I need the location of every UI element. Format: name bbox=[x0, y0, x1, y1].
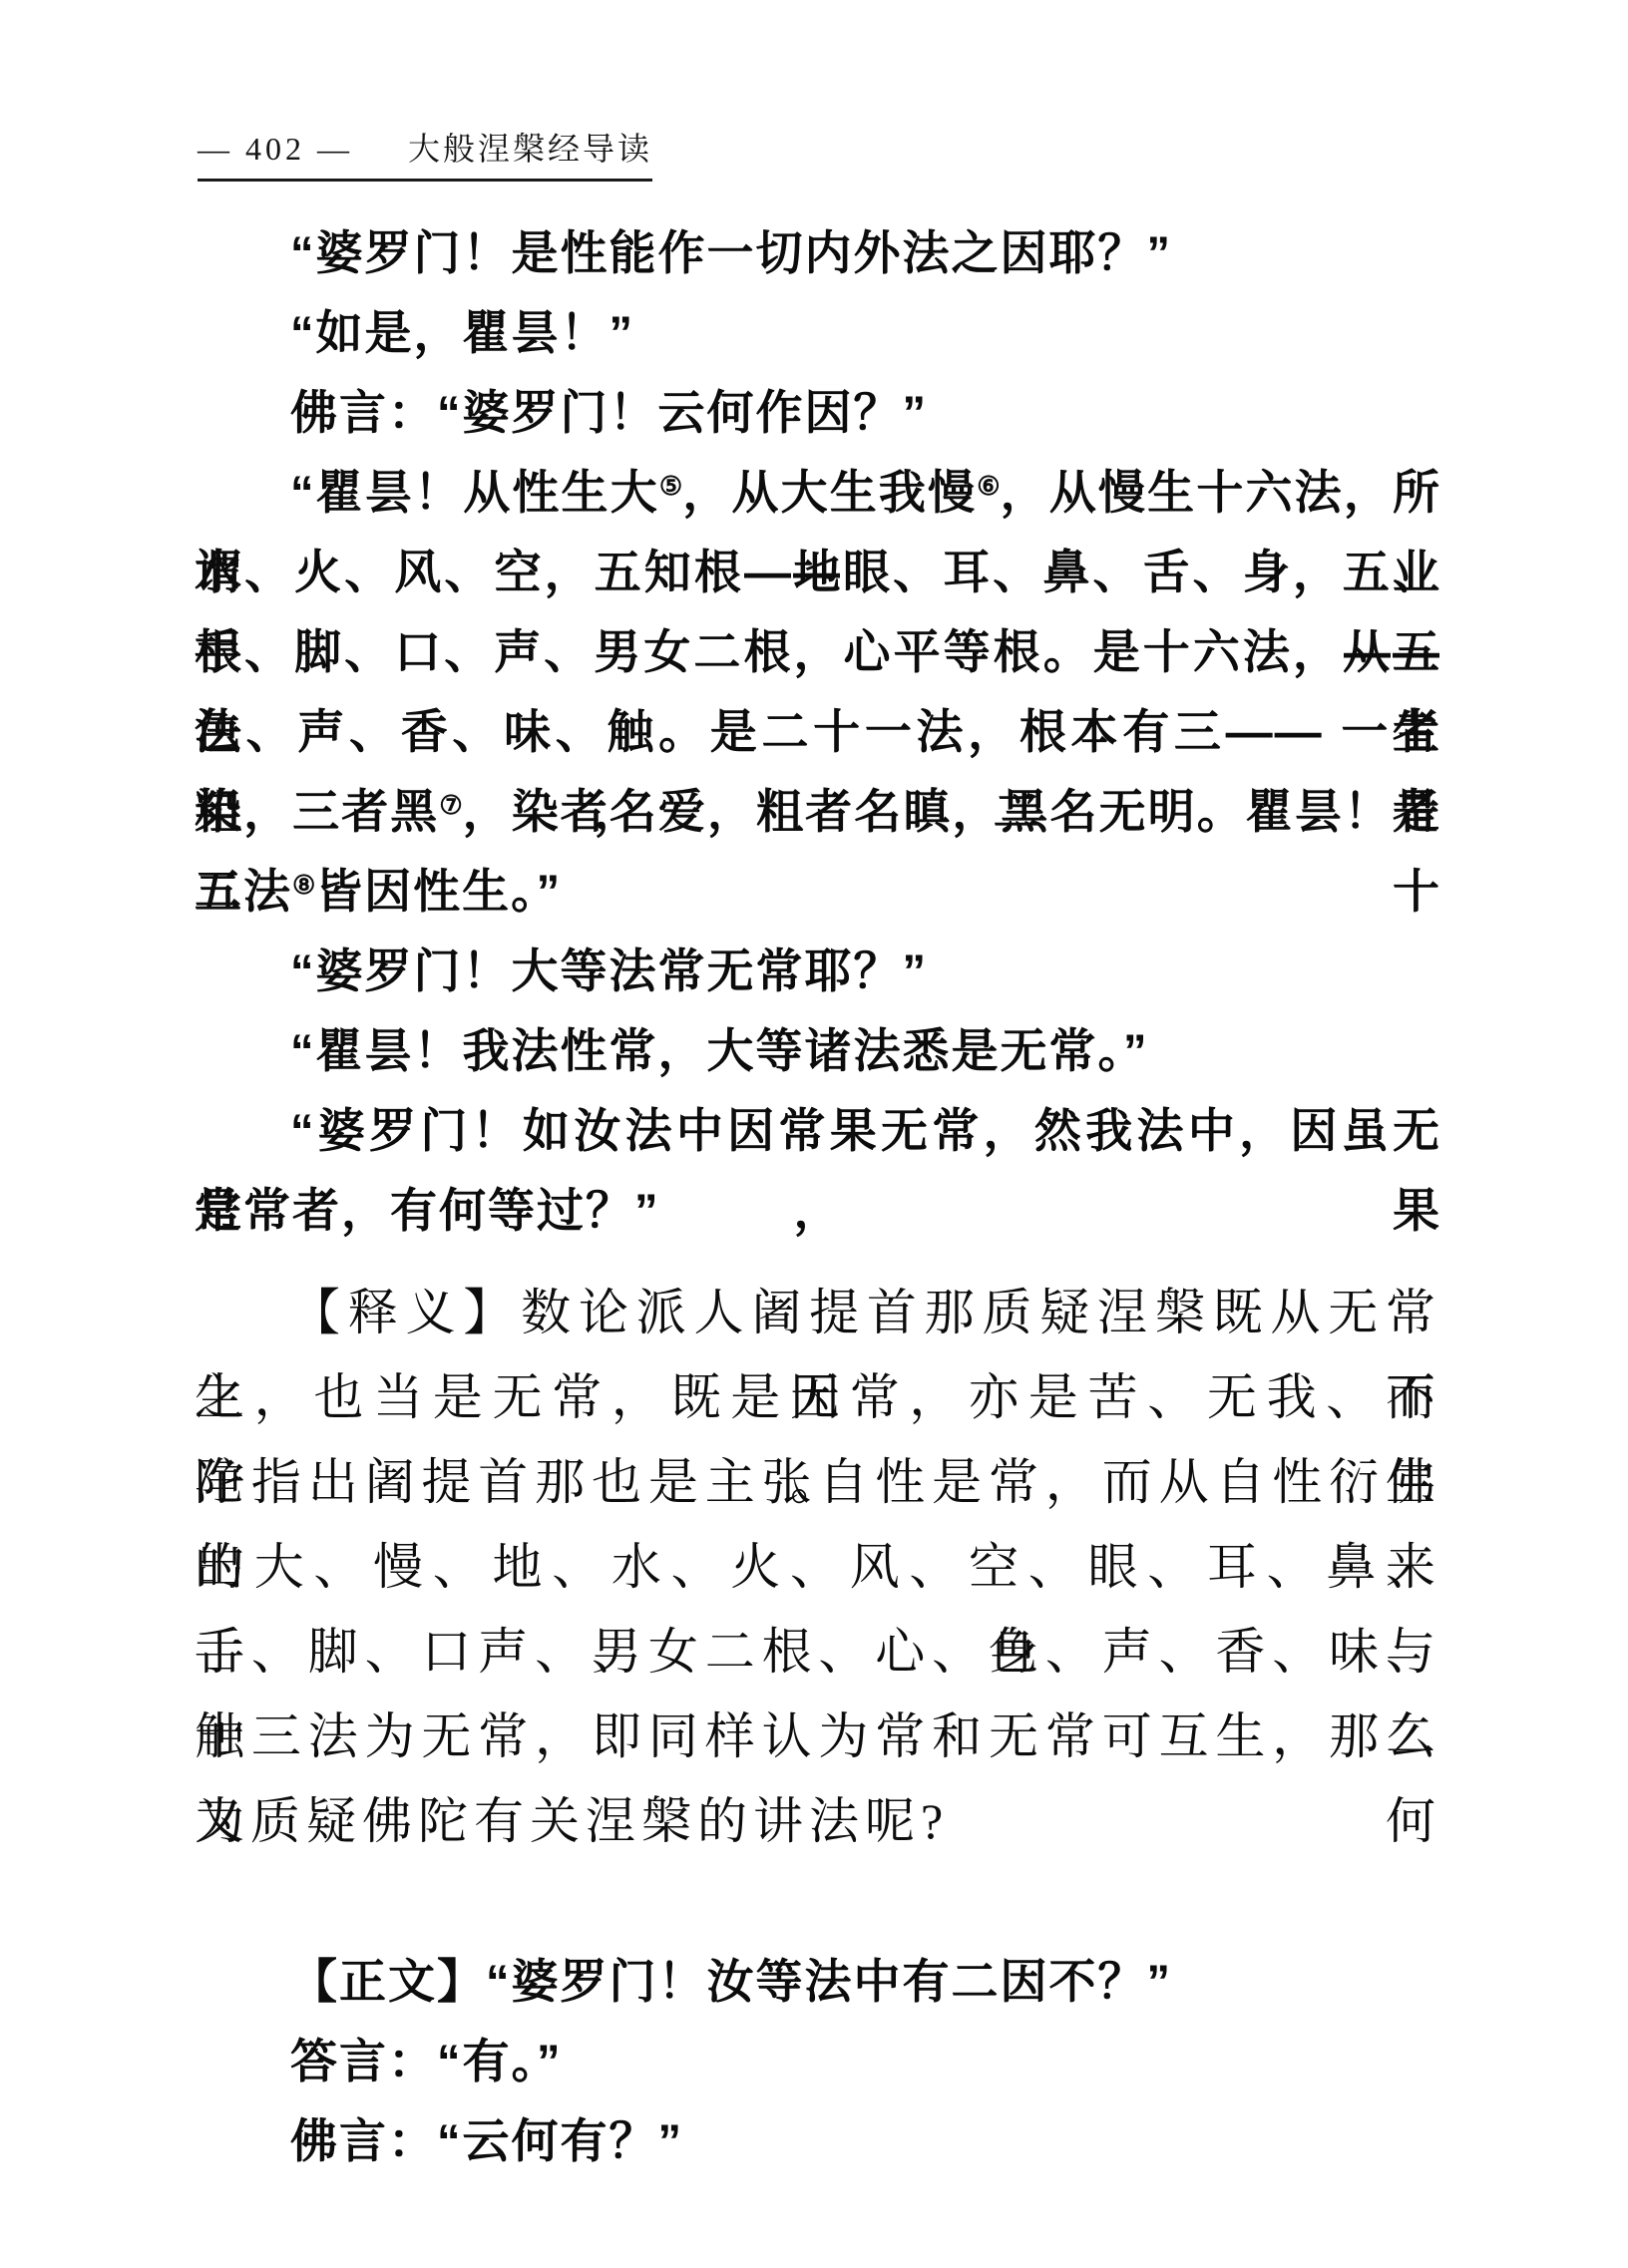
text-line: “婆罗门！如汝法中因常果无常，然我法中，因虽无常，果 bbox=[195, 1091, 1441, 1171]
text-line: 色、声、香、味、触。是二十一法，根本有三—— 一者染，二者 bbox=[195, 692, 1441, 772]
text-line: 的大、慢、地、水、火、风、空、眼、耳、鼻、舌、身、 bbox=[195, 1525, 1441, 1610]
text-line: “瞿昙！从性生大⑤，从大生我慢⑥，从慢生十六法，所谓地、 bbox=[195, 453, 1441, 533]
footnote-marker: ⑦ bbox=[439, 792, 462, 820]
book-page: — 402 — 大般涅槃经导读 “婆罗门！是性能作一切内外法之因耶？”“如是，瞿… bbox=[0, 0, 1628, 2268]
text-line: “瞿昙！我法性常，大等诸法悉是无常。” bbox=[195, 1011, 1441, 1091]
text-line: 粗，三者黑⑦，染者名爱，粗者名瞋，黑名无明。瞿昙！是二十 bbox=[195, 772, 1441, 852]
text-line: 十三法为无常，即同样认为常和无常可互生，那么为何 bbox=[195, 1695, 1441, 1779]
main-text-paragraph: 【正文】“婆罗门！汝等法中有二因不？” bbox=[195, 1942, 1441, 2022]
main-text-paragraph: 佛言：“云何有？” bbox=[195, 2101, 1441, 2181]
scripture-paragraph: 佛言：“婆罗门！云何作因？” bbox=[195, 373, 1441, 453]
text-line: “如是，瞿昙！” bbox=[195, 293, 1441, 373]
text-line: “婆罗门！大等法常无常耶？” bbox=[195, 932, 1441, 1011]
text-line: 【释义】数论派人阇提首那质疑涅槃既从无常之因而 bbox=[195, 1271, 1441, 1355]
text-line: 陀指出阇提首那也是主张自性是常，而从自性衍生出来 bbox=[195, 1440, 1441, 1525]
scripture-paragraph: “婆罗门！如汝法中因常果无常，然我法中，因虽无常，果是常者，有何等过？” bbox=[195, 1091, 1441, 1251]
text-line: “婆罗门！是性能作一切内外法之因耶？” bbox=[195, 213, 1441, 293]
scripture-paragraph: “瞿昙！从性生大⑤，从大生我慢⑥，从慢生十六法，所谓地、水、火、风、空，五知根—… bbox=[195, 453, 1441, 932]
text-line: 生，也当是无常，既是无常，亦是苦、无我、不净。佛 bbox=[195, 1355, 1441, 1440]
book-title: 大般涅槃经导读 bbox=[408, 124, 652, 170]
text-line: 手、脚、口、声、男女二根，心平等根。是十六法，从五法生 bbox=[195, 612, 1441, 692]
page-body: “婆罗门！是性能作一切内外法之因耶？”“如是，瞿昙！”佛言：“婆罗门！云何作因？… bbox=[195, 213, 1441, 2181]
text-line: 答言：“有。” bbox=[195, 2022, 1441, 2101]
footnote-marker: ⑧ bbox=[292, 872, 315, 900]
text-line: 佛言：“婆罗门！云何作因？” bbox=[195, 373, 1441, 453]
scripture-paragraph: “如是，瞿昙！” bbox=[195, 293, 1441, 373]
main-text-paragraph: 答言：“有。” bbox=[195, 2022, 1441, 2101]
scripture-paragraph: “婆罗门！大等法常无常耶？” bbox=[195, 932, 1441, 1011]
commentary-paragraph: 【释义】数论派人阇提首那质疑涅槃既从无常之因而生，也当是无常，既是无常，亦是苦、… bbox=[195, 1271, 1441, 1864]
page-header: — 402 — 大般涅槃经导读 bbox=[198, 124, 652, 182]
scripture-paragraph: “瞿昙！我法性常，大等诸法悉是无常。” bbox=[195, 1011, 1441, 1091]
text-line: 水、火、风、空，五知根——眼、耳、鼻、舌、身，五业根—— bbox=[195, 533, 1441, 612]
text-line: 【正文】“婆罗门！汝等法中有二因不？” bbox=[195, 1942, 1441, 2022]
footnote-marker: ⑤ bbox=[659, 473, 682, 501]
text-line: 佛言：“云何有？” bbox=[195, 2101, 1441, 2181]
page-number: — 402 — bbox=[198, 131, 353, 168]
text-line: 手、脚、口声、男女二根、心、色、声、香、味与触二 bbox=[195, 1610, 1441, 1695]
scripture-paragraph: “婆罗门！是性能作一切内外法之因耶？” bbox=[195, 213, 1441, 293]
footnote-marker: ⑥ bbox=[977, 473, 1000, 501]
